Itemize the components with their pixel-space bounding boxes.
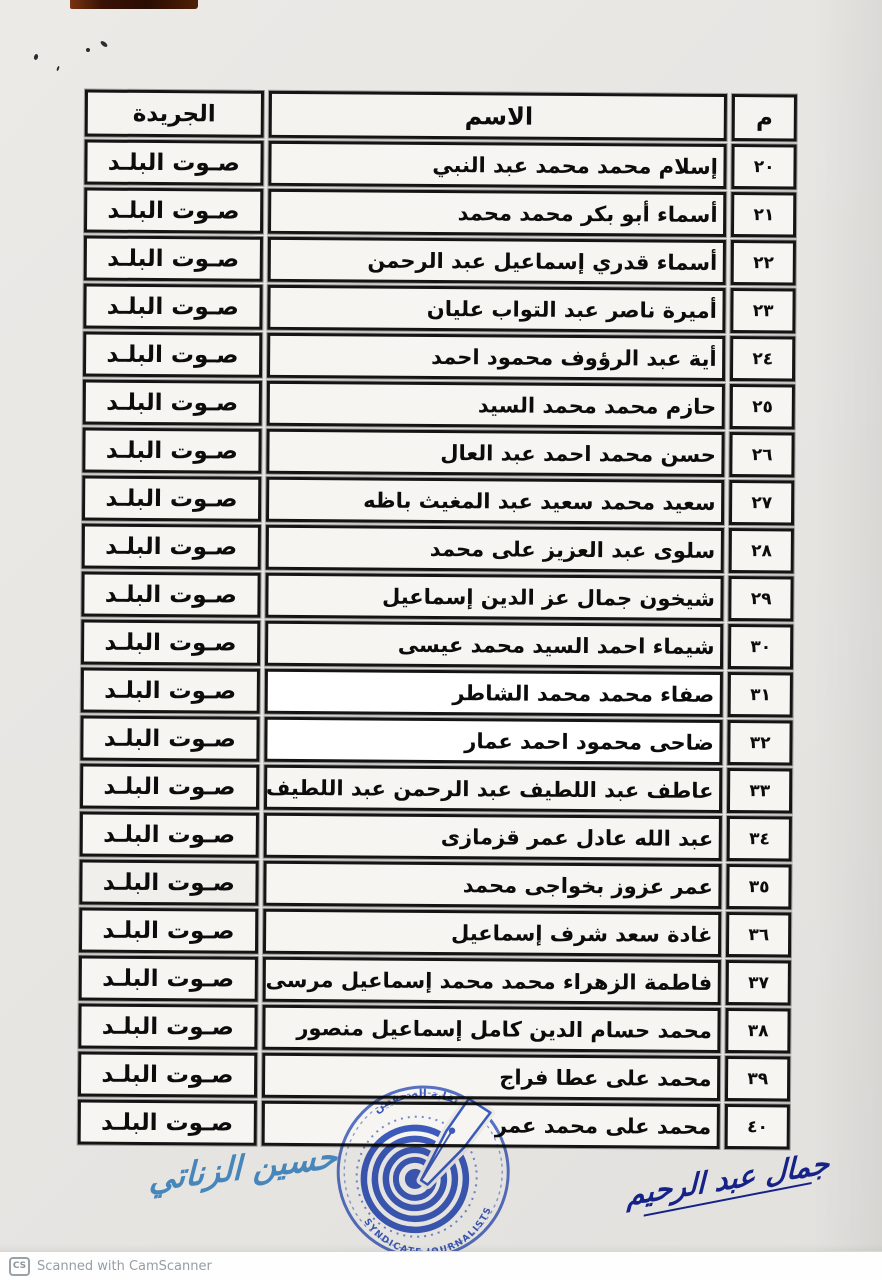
header-number-label: م xyxy=(756,105,773,131)
journalists-table: الجريدة الاسم م صـوت البلـد إسلام محمد م… xyxy=(78,90,797,1150)
name-value: سلوى عبد العزيز على محمد xyxy=(430,536,716,562)
name-cell: سلوى عبد العزيز على محمد xyxy=(265,525,724,573)
table-row: صـوت البلـد أميرة ناصر عبد التواب عليان … xyxy=(83,284,795,334)
table-body: صـوت البلـد إسلام محمد محمد عبد النبي ٢٠… xyxy=(78,140,797,1150)
scan-speck xyxy=(86,48,90,52)
newspaper-value: صـوت البلـد xyxy=(104,725,236,752)
name-cell: ضاحى محمود احمد عمار xyxy=(264,717,723,765)
newspaper-value: صـوت البلـد xyxy=(105,581,237,608)
name-value: أسماء أبو بكر محمد محمد xyxy=(458,201,718,227)
newspaper-cell: صـوت البلـد xyxy=(78,1003,257,1049)
name-cell: عاطف عبد اللطيف عبد الرحمن عبد اللطيف xyxy=(264,765,723,813)
footer-shadow xyxy=(0,1244,882,1252)
table-row: صـوت البلـد محمد حسام الدين كامل إسماعيل… xyxy=(78,1003,790,1053)
number-cell: ٣٧ xyxy=(726,960,791,1005)
table-row: صـوت البلـد عمر عزوز بخواجى محمد ٣٥ xyxy=(79,859,791,909)
newspaper-cell: صـوت البلـد xyxy=(81,668,260,714)
number-cell: ٣٨ xyxy=(726,1008,791,1053)
newspaper-value: صـوت البلـد xyxy=(102,965,234,992)
name-value: ضاحى محمود احمد عمار xyxy=(464,729,714,755)
stamp-arabic-text: نقابة الصحفيين xyxy=(370,1083,462,1117)
number-cell: ٢١ xyxy=(731,192,796,237)
number-cell: ٣٠ xyxy=(728,624,793,669)
name-value: حسن محمد احمد عبد العال xyxy=(440,441,716,467)
newspaper-value: صـوت البلـد xyxy=(104,677,236,704)
newspaper-value: صـوت البلـد xyxy=(105,533,237,560)
newspaper-cell: صـوت البلـد xyxy=(79,859,258,905)
number-cell: ٣٥ xyxy=(727,864,792,909)
number-cell: ٣٣ xyxy=(727,768,792,813)
number-cell: ٢٦ xyxy=(730,432,795,477)
newspaper-value: صـوت البلـد xyxy=(101,1061,233,1088)
name-cell: عبد الله عادل عمر قزمازى xyxy=(263,813,722,861)
table-row: صـوت البلـد أية عبد الرؤوف محمود احمد ٢٤ xyxy=(83,332,795,382)
number-cell: ٣٢ xyxy=(728,720,793,765)
signature-right-text: جمال عبد الرحيم xyxy=(627,1146,830,1213)
number-cell: ٣٦ xyxy=(726,912,791,957)
name-cell: أية عبد الرؤوف محمود احمد xyxy=(267,333,726,381)
newspaper-cell: صـوت البلـد xyxy=(78,1099,257,1145)
table-row: صـوت البلـد ضاحى محمود احمد عمار ٣٢ xyxy=(80,715,792,765)
newspaper-cell: صـوت البلـد xyxy=(80,715,259,761)
number-cell: ٤٠ xyxy=(725,1104,790,1149)
name-value: إسلام محمد محمد عبد النبي xyxy=(432,152,718,178)
header-newspaper-cell: الجريدة xyxy=(85,90,264,138)
table-row: صـوت البلـد سعيد محمد سعيد عبد المغيث با… xyxy=(82,476,794,526)
name-value: محمد على عطا فراج xyxy=(499,1065,711,1090)
name-cell: شيماء احمد السيد محمد عيسى xyxy=(265,621,724,669)
number-value: ٢٧ xyxy=(751,493,772,513)
name-value: حازم محمد محمد السيد xyxy=(478,393,716,419)
newspaper-cell: صـوت البلـد xyxy=(82,428,261,474)
newspaper-cell: صـوت البلـد xyxy=(83,284,262,330)
number-cell: ٢٤ xyxy=(730,336,795,381)
table-row: صـوت البلـد عبد الله عادل عمر قزمازى ٣٤ xyxy=(80,811,792,861)
number-value: ٢١ xyxy=(753,205,774,225)
number-value: ٣٢ xyxy=(750,733,771,753)
table-row: صـوت البلـد غادة سعد شرف إسماعيل ٣٦ xyxy=(79,907,791,957)
name-value: عبد الله عادل عمر قزمازى xyxy=(441,825,714,851)
name-cell: حسن محمد احمد عبد العال xyxy=(266,429,725,477)
table-row: صـوت البلـد إسلام محمد محمد عبد النبي ٢٠ xyxy=(84,140,796,190)
scan-speck xyxy=(56,66,60,71)
number-value: ٣٨ xyxy=(748,1021,769,1041)
newspaper-cell: صـوت البلـد xyxy=(81,572,260,618)
number-value: ٢٦ xyxy=(752,445,773,465)
header-name-label: الاسم xyxy=(465,102,534,130)
table-row: صـوت البلـد فاطمة الزهراء محمد محمد إسما… xyxy=(79,955,791,1005)
newspaper-value: صـوت البلـد xyxy=(107,197,239,224)
header-number-cell: م xyxy=(732,94,797,141)
name-cell: سعيد محمد سعيد عبد المغيث باظه xyxy=(266,477,725,525)
name-cell: صفاء محمد محمد الشاطر xyxy=(264,669,723,717)
name-value: محمد على محمد عمر xyxy=(495,1113,711,1139)
newspaper-value: صـوت البلـد xyxy=(105,485,237,512)
name-value: صفاء محمد محمد الشاطر xyxy=(452,681,714,707)
newspaper-value: صـوت البلـد xyxy=(102,1013,234,1040)
newspaper-cell: صـوت البلـد xyxy=(84,236,263,282)
scan-speck xyxy=(33,54,38,61)
number-cell: ٢٣ xyxy=(731,288,796,333)
newspaper-cell: صـوت البلـد xyxy=(79,955,258,1001)
newspaper-cell: صـوت البلـد xyxy=(79,907,258,953)
newspaper-cell: صـوت البلـد xyxy=(84,188,263,234)
name-value: شيخون جمال عز الدين إسماعيل xyxy=(382,584,715,610)
table-header-row: الجريدة الاسم م xyxy=(85,90,797,142)
name-cell: شيخون جمال عز الدين إسماعيل xyxy=(265,573,724,621)
number-value: ٢٢ xyxy=(753,253,774,273)
newspaper-cell: صـوت البلـد xyxy=(82,524,261,570)
name-cell: غادة سعد شرف إسماعيل xyxy=(263,909,722,957)
name-value: أسماء قدري إسماعيل عبد الرحمن xyxy=(367,248,717,274)
name-cell: أسماء أبو بكر محمد محمد xyxy=(268,189,727,237)
newspaper-value: صـوت البلـد xyxy=(107,293,239,320)
name-value: شيماء احمد السيد محمد عيسى xyxy=(398,632,715,658)
number-value: ٣١ xyxy=(750,685,771,705)
newspaper-cell: صـوت البلـد xyxy=(82,476,261,522)
number-cell: ٣٩ xyxy=(725,1056,790,1101)
newspaper-cell: صـوت البلـد xyxy=(83,380,262,426)
name-value: أية عبد الرؤوف محمود احمد xyxy=(431,344,717,370)
newspaper-value: صـوت البلـد xyxy=(103,869,235,896)
newspaper-value: صـوت البلـد xyxy=(102,917,234,944)
number-value: ٣٥ xyxy=(749,877,770,897)
name-value: سعيد محمد سعيد عبد المغيث باظه xyxy=(363,488,716,514)
svg-text:نقابة الصحفيين: نقابة الصحفيين xyxy=(370,1083,462,1117)
number-cell: ٣٤ xyxy=(727,816,792,861)
number-value: ٣٧ xyxy=(748,973,769,993)
number-value: ٤٠ xyxy=(747,1117,768,1137)
name-value: عمر عزوز بخواجى محمد xyxy=(463,873,713,899)
table-row: صـوت البلـد عاطف عبد اللطيف عبد الرحمن ع… xyxy=(80,763,792,813)
newspaper-value: صـوت البلـد xyxy=(106,389,238,416)
table-row: صـوت البلـد سلوى عبد العزيز على محمد ٢٨ xyxy=(82,524,794,574)
scan-edge-shading xyxy=(812,0,882,1252)
name-cell: حازم محمد محمد السيد xyxy=(266,381,725,429)
name-cell: فاطمة الزهراء محمد محمد إسماعيل مرسى xyxy=(262,957,721,1005)
newspaper-value: صـوت البلـد xyxy=(103,821,235,848)
table-row: صـوت البلـد حازم محمد محمد السيد ٢٥ xyxy=(83,380,795,430)
newspaper-cell: صـوت البلـد xyxy=(80,811,259,857)
table-row: صـوت البلـد شيماء احمد السيد محمد عيسى ٣… xyxy=(81,620,793,670)
number-value: ٢٩ xyxy=(751,589,772,609)
header-newspaper-label: الجريدة xyxy=(133,100,216,127)
newspaper-cell: صـوت البلـد xyxy=(83,332,262,378)
name-cell: محمد حسام الدين كامل إسماعيل منصور xyxy=(262,1005,721,1053)
name-cell: عمر عزوز بخواجى محمد xyxy=(263,861,722,909)
number-cell: ٢٠ xyxy=(732,144,797,189)
name-value: غادة سعد شرف إسماعيل xyxy=(451,921,713,947)
number-value: ٢٣ xyxy=(753,301,774,321)
number-cell: ٢٢ xyxy=(731,240,796,285)
newspaper-value: صـوت البلـد xyxy=(106,341,238,368)
number-value: ٣٣ xyxy=(749,781,770,801)
name-value: محمد حسام الدين كامل إسماعيل منصور xyxy=(296,1016,712,1043)
number-value: ٢٠ xyxy=(754,157,775,177)
newspaper-cell: صـوت البلـد xyxy=(81,620,260,666)
camscanner-watermark-text: Scanned with CamScanner xyxy=(37,1259,212,1274)
table-row: صـوت البلـد حسن محمد احمد عبد العال ٢٦ xyxy=(82,428,794,478)
newspaper-value: صـوت البلـد xyxy=(107,245,239,272)
scan-artifact-strip xyxy=(70,0,198,9)
newspaper-value: صـوت البلـد xyxy=(103,773,235,800)
name-cell: أسماء قدري إسماعيل عبد الرحمن xyxy=(267,237,726,285)
number-value: ٢٤ xyxy=(752,349,773,369)
signature-right: جمال عبد الرحيم xyxy=(609,1143,847,1219)
newspaper-value: صـوت البلـد xyxy=(108,149,240,176)
newspaper-value: صـوت البلـد xyxy=(106,437,238,464)
number-value: ٣٩ xyxy=(747,1069,768,1089)
scan-speck xyxy=(100,40,109,48)
name-value: فاطمة الزهراء محمد محمد إسماعيل مرسى xyxy=(266,967,713,994)
name-value: أميرة ناصر عبد التواب عليان xyxy=(427,296,717,322)
newspaper-value: صـوت البلـد xyxy=(104,629,236,656)
number-value: ٢٥ xyxy=(752,397,773,417)
table-row: صـوت البلـد أسماء قدري إسماعيل عبد الرحم… xyxy=(84,236,796,286)
table-row: صـوت البلـد أسماء أبو بكر محمد محمد ٢١ xyxy=(84,188,796,238)
camscanner-footer: CS Scanned with CamScanner xyxy=(0,1252,882,1280)
name-value: عاطف عبد اللطيف عبد الرحمن عبد اللطيف xyxy=(266,775,714,802)
number-value: ٢٨ xyxy=(751,541,772,561)
table-row: صـوت البلـد صفاء محمد محمد الشاطر ٣١ xyxy=(81,668,793,718)
number-cell: ٣١ xyxy=(728,672,793,717)
header-name-cell: الاسم xyxy=(268,91,727,141)
newspaper-cell: صـوت البلـد xyxy=(78,1051,257,1097)
number-value: ٣٦ xyxy=(748,925,769,945)
number-cell: ٢٨ xyxy=(729,528,794,573)
number-value: ٣٤ xyxy=(749,829,770,849)
number-cell: ٢٥ xyxy=(730,384,795,429)
number-cell: ٢٧ xyxy=(729,480,794,525)
table-row: صـوت البلـد شيخون جمال عز الدين إسماعيل … xyxy=(81,572,793,622)
newspaper-cell: صـوت البلـد xyxy=(80,763,259,809)
camscanner-logo-icon: CS xyxy=(9,1257,30,1276)
number-value: ٣٠ xyxy=(750,637,771,657)
name-cell: إسلام محمد محمد عبد النبي xyxy=(268,141,727,189)
name-cell: أميرة ناصر عبد التواب عليان xyxy=(267,285,726,333)
newspaper-value: صـوت البلـد xyxy=(101,1109,233,1136)
number-cell: ٢٩ xyxy=(729,576,794,621)
newspaper-cell: صـوت البلـد xyxy=(84,140,263,186)
